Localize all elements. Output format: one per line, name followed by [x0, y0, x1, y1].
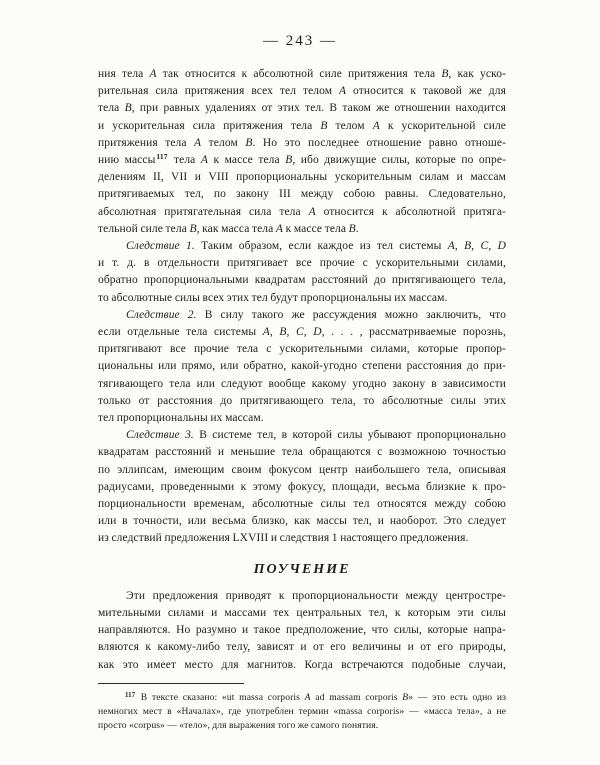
italic-term: A: [276, 223, 283, 235]
italic-term: Следствие 2.: [126, 309, 197, 321]
text-line: порциональности временам, абсолютные сил…: [98, 496, 506, 513]
paragraph: Следствие 3. В системе тел, в которой си…: [98, 427, 506, 547]
text-line: только от расстояния до притягивающего т…: [98, 393, 506, 410]
text-line: направляются. Но разумно и такое предпол…: [98, 622, 506, 639]
italic-term: D: [498, 240, 506, 252]
italic-term: B: [125, 102, 132, 114]
italic-term: Следствие 3.: [126, 429, 194, 441]
paragraph: Следствие 2. В силу такого же рассуждени…: [98, 307, 506, 427]
text-line: Следствие 2. В силу такого же рассуждени…: [98, 307, 506, 324]
text-line: и т. д. в отдельности притягивает все пр…: [98, 255, 506, 272]
text-line: тела B, при равных удалениях от этих тел…: [98, 100, 506, 117]
section-heading: ПОУЧЕНИЕ: [98, 561, 506, 579]
text-line: притяжения тела A телом B. Но это послед…: [98, 135, 506, 152]
italic-term: A: [194, 137, 201, 149]
text-line: обратно пропорциональными квадратам расс…: [98, 272, 506, 289]
footnote-paragraph: 117 В тексте сказано: «ut massa corporis…: [98, 691, 506, 733]
text-line: тельной силе тела B, как масса тела A к …: [98, 221, 506, 238]
text-block: ния тела A так относится к абсолютной си…: [98, 66, 506, 733]
italic-term: A: [448, 240, 455, 252]
page-number: — 243 —: [0, 33, 600, 50]
text-line: Следствие 1. Таким образом, если каждое …: [98, 238, 506, 255]
footnote-ref: 117: [155, 152, 168, 161]
text-line: тел пропорциональны их массам.: [98, 410, 506, 427]
text-line: Эти предложения приводят к пропорциональ…: [98, 588, 506, 605]
italic-term: A: [263, 326, 270, 338]
italic-term: B: [464, 240, 471, 252]
text-line: нию массы117 тела A к массе тела B, ибо …: [98, 152, 506, 169]
text-line: как это имеет место для магнитов. Когда …: [98, 657, 506, 674]
italic-term: A: [149, 68, 156, 80]
text-line: просто «corpus» — «тело», для выражения …: [98, 719, 506, 733]
text-line: то абсолютные силы всех этих тел будут п…: [98, 290, 506, 307]
italic-term: A: [373, 120, 380, 132]
text-line: циональны или прямо, или обратно, какой-…: [98, 358, 506, 375]
text-line: ния тела A так относится к абсолютной си…: [98, 66, 506, 83]
italic-term: B: [402, 692, 408, 703]
text-line: вляются к какому-либо телу, зависят и от…: [98, 639, 506, 656]
italic-term: Следствие 1.: [126, 240, 195, 252]
italic-term: B: [285, 154, 292, 166]
text-line: рительная сила притяжения всех тел телом…: [98, 83, 506, 100]
italic-term: B: [320, 120, 327, 132]
text-line: и ускорительная сила притяжения тела B т…: [98, 118, 506, 135]
book-page: — 243 — ния тела A так относится к абсол…: [0, 0, 600, 765]
text-line: если отдельные тела системы A, B, C, D, …: [98, 324, 506, 341]
text-line: притягиваемых тел, по закону III между с…: [98, 186, 506, 203]
paragraph: Следствие 1. Таким образом, если каждое …: [98, 238, 506, 307]
text-line: квадратам расстояний и меньшие тела обра…: [98, 444, 506, 461]
italic-term: B: [245, 137, 252, 149]
text-line: тягивающего тела или следуют вообще како…: [98, 376, 506, 393]
footnote: 117 В тексте сказано: «ut massa corporis…: [98, 691, 506, 733]
text-line: или в точности, или весьма близко, как м…: [98, 513, 506, 530]
italic-term: A: [305, 692, 311, 703]
italic-term: B: [349, 223, 356, 235]
text-line: из следствий предложения LXVIII и следст…: [98, 530, 506, 547]
text-line: мительными силами и массами тех централь…: [98, 605, 506, 622]
text-line: делениям II, VII и VIII пропорциональны …: [98, 169, 506, 186]
italic-term: B: [279, 326, 286, 338]
text-line: Следствие 3. В системе тел, в которой си…: [98, 427, 506, 444]
text-line: радиусами, проведенными к этому фокусу, …: [98, 479, 506, 496]
text-line: 117 В тексте сказано: «ut massa corporis…: [98, 691, 506, 705]
italic-term: B: [441, 68, 448, 80]
footnote-ref: 117: [124, 692, 136, 699]
text-line: абсолютная притягательная сила тела A от…: [98, 204, 506, 221]
text-line: по эллипсам, имеющим своим фокусом центр…: [98, 462, 506, 479]
text-flow: ния тела A так относится к абсолютной си…: [98, 66, 506, 674]
italic-term: C: [296, 326, 304, 338]
italic-term: A: [309, 206, 316, 218]
italic-term: A: [339, 85, 346, 97]
italic-term: B: [189, 223, 196, 235]
italic-term: C: [481, 240, 489, 252]
paragraph: Эти предложения приводят к пропорциональ…: [98, 588, 506, 674]
footnote-divider: [98, 683, 244, 684]
paragraph: ния тела A так относится к абсолютной си…: [98, 66, 506, 238]
italic-term: A: [201, 154, 208, 166]
text-line: притягивают все прочие тела с ускоритель…: [98, 341, 506, 358]
italic-term: D: [313, 326, 321, 338]
text-line: немногих мест в «Началах», где употребле…: [98, 705, 506, 719]
